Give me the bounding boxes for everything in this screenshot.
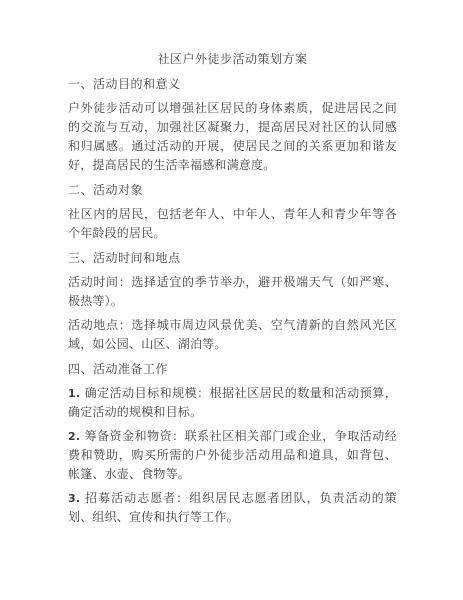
paragraph-participants: 社区内的居民，包括老年人、中年人、青年人和青少年等各个年龄段的居民。 [68, 205, 397, 243]
section-heading-purpose: 一、活动目的和意义 [68, 75, 397, 94]
document-page: 社区户外徒步活动策划方案 一、活动目的和意义 户外徒步活动可以增强社区居民的身体… [0, 0, 463, 600]
item-number: 1. [68, 387, 80, 400]
item-text: 招募活动志愿者：组织居民志愿者团队，负责活动的策划、组织、宣传和执行等工作。 [68, 491, 397, 524]
item-number: 2. [68, 430, 80, 443]
item-text: 确定活动目标和规模：根据社区居民的数量和活动预算，确定活动的规模和目标。 [68, 386, 397, 419]
numbered-item-funds: 2. 筹备资金和物资：联系社区相关部门或企业，争取活动经费和赞助，购买所需的户外… [68, 427, 397, 484]
paragraph-activity-time: 活动时间：选择适宜的季节举办，避开极端天气（如严寒、极热等）。 [68, 273, 397, 311]
paragraph-activity-place: 活动地点：选择城市周边风景优美、空气清新的自然风光区域，如公园、山区、湖泊等。 [68, 316, 397, 354]
item-text: 筹备资金和物资：联系社区相关部门或企业，争取活动经费和赞助，购买所需的户外徒步活… [68, 429, 397, 481]
item-number: 3. [68, 492, 80, 505]
document-title: 社区户外徒步活动策划方案 [68, 50, 397, 69]
numbered-item-volunteers: 3. 招募活动志愿者：组织居民志愿者团队，负责活动的策划、组织、宣传和执行等工作… [68, 489, 397, 527]
section-heading-participants: 二、活动对象 [68, 181, 397, 200]
section-heading-preparation: 四、活动准备工作 [68, 360, 397, 379]
numbered-item-goals: 1. 确定活动目标和规模：根据社区居民的数量和活动预算，确定活动的规模和目标。 [68, 384, 397, 422]
section-heading-time-place: 三、活动时间和地点 [68, 249, 397, 268]
paragraph-purpose: 户外徒步活动可以增强社区居民的身体素质，促进居民之间的交流与互动，加强社区凝聚力… [68, 99, 397, 175]
